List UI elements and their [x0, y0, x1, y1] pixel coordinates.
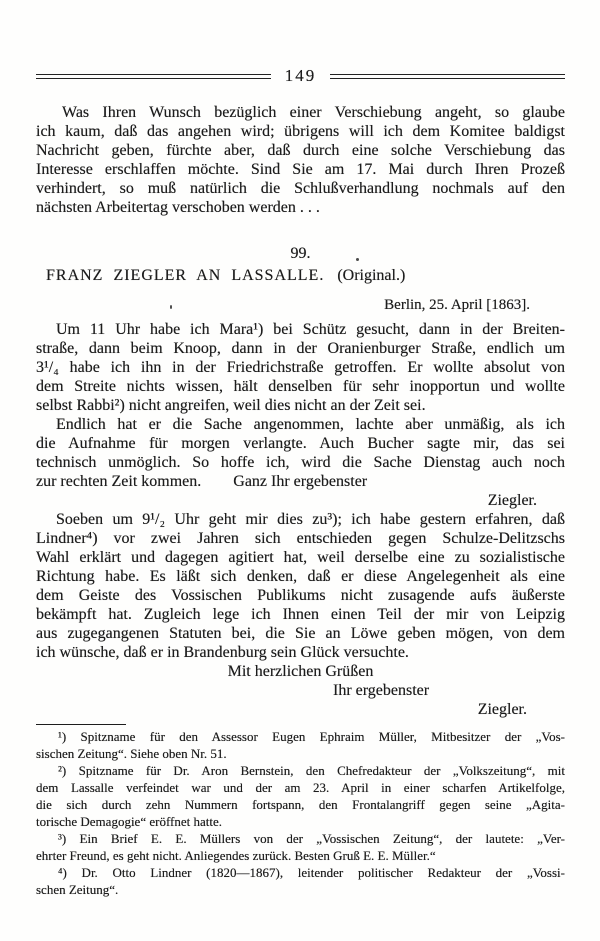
text-line: Endlich hat er die Sache angenommen, lac…: [36, 415, 565, 434]
text-line: bekämpft hat. Zugleich lege ich Ihnen ei…: [36, 605, 565, 624]
text-line: selbst Rabbi²) nicht angreifen, weil die…: [36, 396, 565, 415]
letter-paragraph-1: Um 11 Uhr habe ich Mara¹) bei Schütz ges…: [36, 320, 565, 415]
ink-speck: [356, 258, 359, 261]
closing-signature: Ziegler.: [36, 700, 565, 719]
footnote-line: ⁴) Dr. Otto Lindner (1820—1867), leitend…: [36, 864, 565, 881]
text-line: ich wünsche, daß er in Brandenburg sein …: [36, 643, 565, 662]
text-line: aus zugegangenen Statuten bei, die Sie a…: [36, 624, 565, 643]
text-line: technisch unmöglich. So hoffe ich, wird …: [36, 453, 565, 472]
text-line: Lindner⁴) vor zwei Jahren sich entschied…: [36, 529, 565, 548]
footnote-line: sischen Zeitung“. Siehe oben Nr. 51.: [36, 745, 565, 762]
footnote-line: ²) Spitzname für Dr. Aron Bernstein, den…: [36, 762, 565, 779]
letter-title-caps: FRANZ ZIEGLER AN LASSALLE.: [46, 267, 324, 284]
footnotes-section: ¹) Spitzname für den Assessor Eugen Ephr…: [36, 728, 565, 898]
header-rule-left: [36, 74, 271, 79]
text-line: dem Geiste des Vossischen Publikums nich…: [36, 586, 565, 605]
text-line: dem Streite nichts wissen, hält denselbe…: [36, 377, 565, 396]
text-line: ich kaum, daß das angehen wird; übrigens…: [36, 122, 565, 141]
footnote-line: torische Demagogie“ eröffnet hatte.: [36, 813, 565, 830]
footnote-line: ³) Ein Brief E. E. Müllers von der „Voss…: [36, 830, 565, 847]
footnote-separator: [36, 724, 126, 725]
letter-title: FRANZ ZIEGLER AN LASSALLE. (Original.): [46, 266, 565, 286]
text-line: Soeben um 9¹/₂ Uhr geht mir dies zu³); i…: [36, 510, 565, 529]
book-page: 149 Was Ihren Wunsch bezüglich einer Ver…: [0, 0, 600, 941]
text-line: Was Ihren Wunsch bezüglich einer Verschi…: [36, 103, 565, 122]
footnote-line: die sich durch zehn Nummern fortspann, d…: [36, 796, 565, 813]
text-line: nächsten Arbeitertag verschoben werden .…: [36, 198, 565, 217]
footnote-line: schen Zeitung“.: [36, 881, 565, 898]
text-line: verhindert, so muß natürlich die Schlußv…: [36, 179, 565, 198]
letter-number: 99.: [36, 244, 565, 264]
footnote-2: ²) Spitzname für Dr. Aron Bernstein, den…: [36, 762, 565, 830]
ink-speck: [170, 305, 172, 309]
header-rule-right: [330, 74, 565, 79]
text-line: Richtung habe. Es läßt sich denken, daß …: [36, 567, 565, 586]
letter-original-label: (Original.): [337, 267, 405, 284]
letter-paragraph-3: Soeben um 9¹/₂ Uhr geht mir dies zu³); i…: [36, 510, 565, 662]
text-line: die Aufnahme für morgen verlangte. Auch …: [36, 434, 565, 453]
closing-valediction: Ihr ergebenster: [333, 681, 565, 700]
letter-dateline: Berlin, 25. April [1863].: [36, 296, 565, 315]
text-line: Wahl erklärt und dagegen agitiert hat, w…: [36, 548, 565, 567]
text-line: Interesse erschlaffen möchte. Sind Sie a…: [36, 160, 565, 179]
page-header: 149: [36, 66, 565, 86]
page-number: 149: [271, 66, 331, 86]
footnote-4: ⁴) Dr. Otto Lindner (1820—1867), leitend…: [36, 864, 565, 898]
footnote-line: ¹) Spitzname für den Assessor Eugen Ephr…: [36, 728, 565, 745]
text-line: straße, dann beim Knoop, dann in der Ora…: [36, 339, 565, 358]
signature: Ziegler.: [36, 491, 565, 510]
closing-greeting: Mit herzlichen Grüßen: [36, 662, 565, 681]
text-line: Um 11 Uhr habe ich Mara¹) bei Schütz ges…: [36, 320, 565, 339]
letter-paragraph-2: Endlich hat er die Sache angenommen, lac…: [36, 415, 565, 491]
intro-paragraph: Was Ihren Wunsch bezüglich einer Verschi…: [36, 103, 565, 217]
text-line: 3¹/₄ habe ich ihn in der Friedrichstraße…: [36, 358, 565, 377]
footnote-line: dem Lassalle verfeindet war und der am 2…: [36, 779, 565, 796]
footnote-1: ¹) Spitzname für den Assessor Eugen Ephr…: [36, 728, 565, 762]
footnote-3: ³) Ein Brief E. E. Müllers von der „Voss…: [36, 830, 565, 864]
text-line: zur rechten Zeit kommen. Ganz Ihr ergebe…: [36, 472, 565, 491]
footnote-line: ehrter Freund, es geht nicht. Anliegende…: [36, 847, 565, 864]
text-line: Nachricht geben, fürchte aber, daß durch…: [36, 141, 565, 160]
